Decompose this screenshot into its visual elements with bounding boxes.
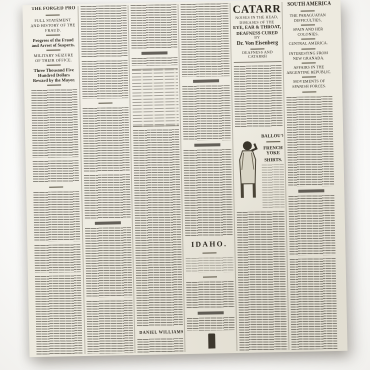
body-text-block [133, 129, 183, 327]
small-ad-illustration [208, 333, 215, 348]
body-text-block [181, 3, 230, 77]
headline-deck: SPAIN AND HER COLONIES. [285, 27, 331, 37]
ad-text-block [186, 257, 234, 273]
column-2 [81, 5, 134, 354]
body-text-block [237, 211, 288, 351]
idaho-ad-headline: IDAHO. [185, 239, 233, 249]
deck-rule [302, 91, 316, 92]
lead-headline-block: THE FORGED PROCLAMATION. FULL STATEMENT … [30, 6, 78, 87]
catarrh-ad-line: DEAFNESS AND CATARRH [233, 50, 281, 60]
deck-rule [301, 48, 315, 49]
headline-deck: Progress of the Fraud and Arrest of Susp… [30, 37, 76, 48]
deck-rule [203, 276, 217, 277]
market-table [132, 68, 179, 127]
catarrh-ad-doctor: Dr. Von Eisenberg [234, 40, 280, 48]
headline-deck: FULL STATEMENT AND HISTORY OF THE FRAUD. [30, 17, 76, 33]
deck-rule [301, 10, 315, 11]
body-text-block [86, 300, 133, 354]
south-america-headline-block: SOUTH AMERICA! THE PARAGUAYAN DIFFICULTI… [284, 1, 332, 93]
body-text-block [290, 258, 338, 350]
column-3: DANIEL WILLIAMSON [131, 4, 184, 353]
body-text-block [33, 160, 79, 183]
shirt-ad-text: BALLOU'S FRENCH YOKE SHIRTS. [261, 130, 286, 208]
unreadable-heading [198, 311, 224, 315]
unreadable-heading [194, 143, 220, 147]
body-text-block [132, 57, 178, 66]
newspaper-page: THE FORGED PROCLAMATION. FULL STATEMENT … [22, 0, 347, 357]
body-text-block [131, 4, 178, 49]
deck-rule [301, 39, 315, 40]
headline-deck: MOVEMENTS OF SPANISH FORCES. [286, 79, 332, 89]
deck-rule [302, 77, 316, 78]
unreadable-heading [95, 221, 121, 225]
body-text-block [234, 65, 283, 128]
deck-rule [47, 84, 61, 85]
shirt-ad-line: SHIRTS. [262, 157, 285, 162]
section-rule [49, 186, 63, 187]
headline-deck: AFFAIRS IN THE ARGENTINE REPUBLIC. [286, 65, 332, 75]
deck-rule [46, 49, 60, 50]
firm-name-heading: DANIEL WILLIAMSON [139, 329, 181, 336]
catarrh-ad-title: CATARRH [233, 3, 281, 16]
headline-deck: THE PARAGUAYAN DIFFICULTIES, [285, 13, 331, 23]
newspaper-photo: THE FORGED PROCLAMATION. FULL STATEMENT … [0, 0, 370, 370]
body-text-block [286, 96, 334, 187]
headline-deck: MILITARY SEIZURE OF THEIR OFFICE. [30, 52, 76, 63]
shirt-figure-illustration [235, 130, 261, 208]
body-text-block [35, 275, 83, 355]
body-text-block [183, 149, 233, 238]
deck-rule [301, 25, 315, 26]
unreadable-heading [193, 79, 219, 83]
column-1: THE FORGED PROCLAMATION. FULL STATEMENT … [30, 6, 83, 355]
body-text-block [288, 195, 335, 256]
shirt-ad-line: BALLOU'S [261, 133, 284, 138]
deck-rule [302, 63, 316, 64]
body-text-block [186, 281, 235, 309]
body-text-block [137, 338, 183, 353]
deck-rule [46, 14, 60, 15]
body-text-block [83, 107, 130, 172]
body-text-block [84, 174, 131, 219]
headline-forged-proclamation: THE FORGED PROCLAMATION. [31, 6, 73, 13]
body-text-block [187, 317, 235, 331]
headline-deck: CENTRAL AMERICA. [285, 41, 331, 47]
body-text-block [81, 5, 128, 58]
deck-rule [46, 34, 60, 35]
unreadable-heading [298, 189, 324, 193]
column-6: SOUTH AMERICA! THE PARAGUAYAN DIFFICULTI… [284, 1, 337, 350]
headline-south-america: SOUTH AMERICA! [287, 1, 328, 9]
section-rule [98, 102, 112, 103]
headline-deck: INTERESTING FROM NEW GRANADA. [285, 51, 331, 61]
catarrh-ad: CATARRH NOISES IN THE HEAD, DISEASES OF … [232, 2, 281, 63]
column-4: IDAHO. [181, 3, 236, 352]
unreadable-heading [141, 51, 167, 55]
body-text-block [182, 85, 231, 141]
column-5: CATARRH NOISES IN THE HEAD, DISEASES OF … [232, 2, 287, 351]
deck-rule [47, 64, 61, 65]
body-text-block [82, 60, 129, 99]
body-text-block [187, 351, 235, 352]
body-text-block [33, 191, 80, 242]
shirt-ad-line: FRENCH YOKE [261, 145, 284, 155]
body-text-block [31, 89, 78, 158]
body-text-block [85, 227, 132, 298]
headline-deck: Three Thousand Five Hundred Dollars Rewa… [31, 67, 77, 83]
deck-rule [203, 253, 217, 254]
ad-text-block [262, 164, 286, 208]
shirt-ad: BALLOU'S FRENCH YOKE SHIRTS. [235, 130, 285, 209]
body-text-block [34, 244, 81, 273]
deck-rule [266, 141, 280, 142]
